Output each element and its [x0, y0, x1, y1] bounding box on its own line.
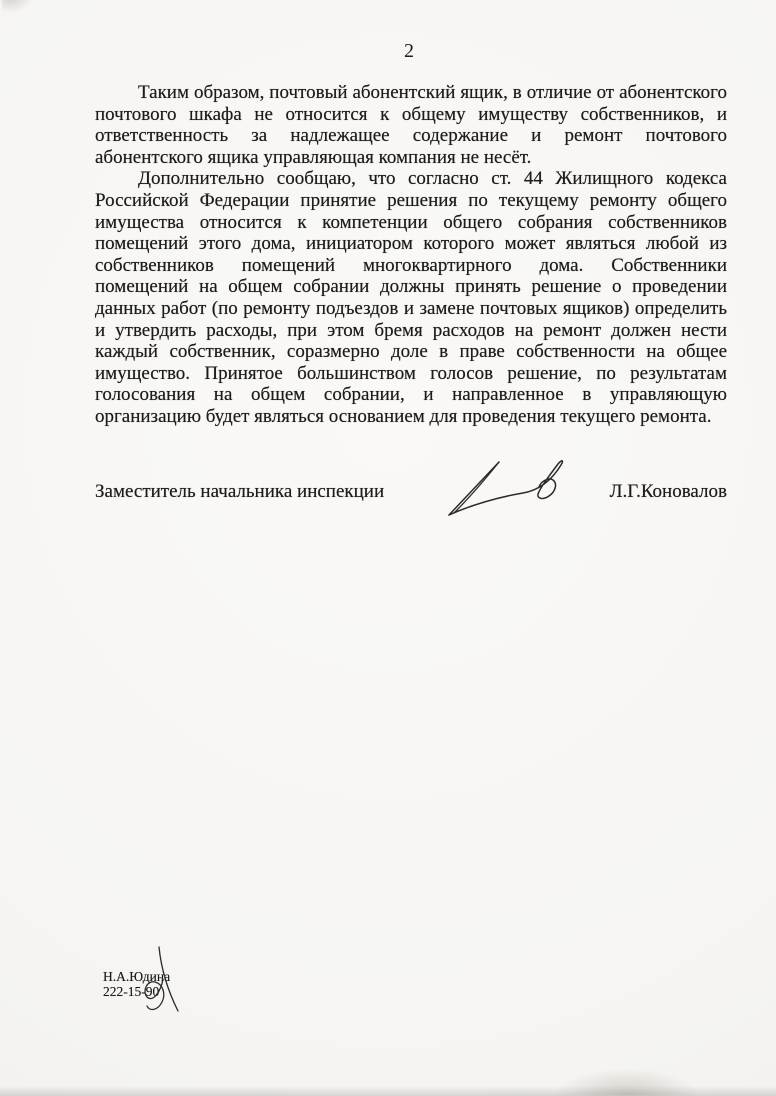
signer-name: Л.Г.Коновалов [610, 481, 727, 503]
paragraph-mailbox-ownership: Таким образом, почтовый абонентский ящик… [95, 82, 727, 168]
signature-row: Заместитель начальника инспекции Л.Г.Кон… [95, 481, 727, 503]
page-number: 2 [404, 40, 415, 63]
scan-corner-smudge [1, 0, 37, 14]
scan-bottom-edge-shadow [0, 1086, 776, 1096]
handwritten-signature-icon [441, 446, 581, 534]
executor-scribble-icon [140, 941, 200, 1021]
paragraph-housing-code: Дополнительно сообщаю, что согласно ст. … [95, 168, 727, 427]
letter-body: Таким образом, почтовый абонентский ящик… [95, 82, 727, 428]
signer-position-title: Заместитель начальника инспекции [95, 481, 384, 503]
scanned-letter-page: 2 Таким образом, почтовый абонентский ящ… [0, 0, 776, 1096]
